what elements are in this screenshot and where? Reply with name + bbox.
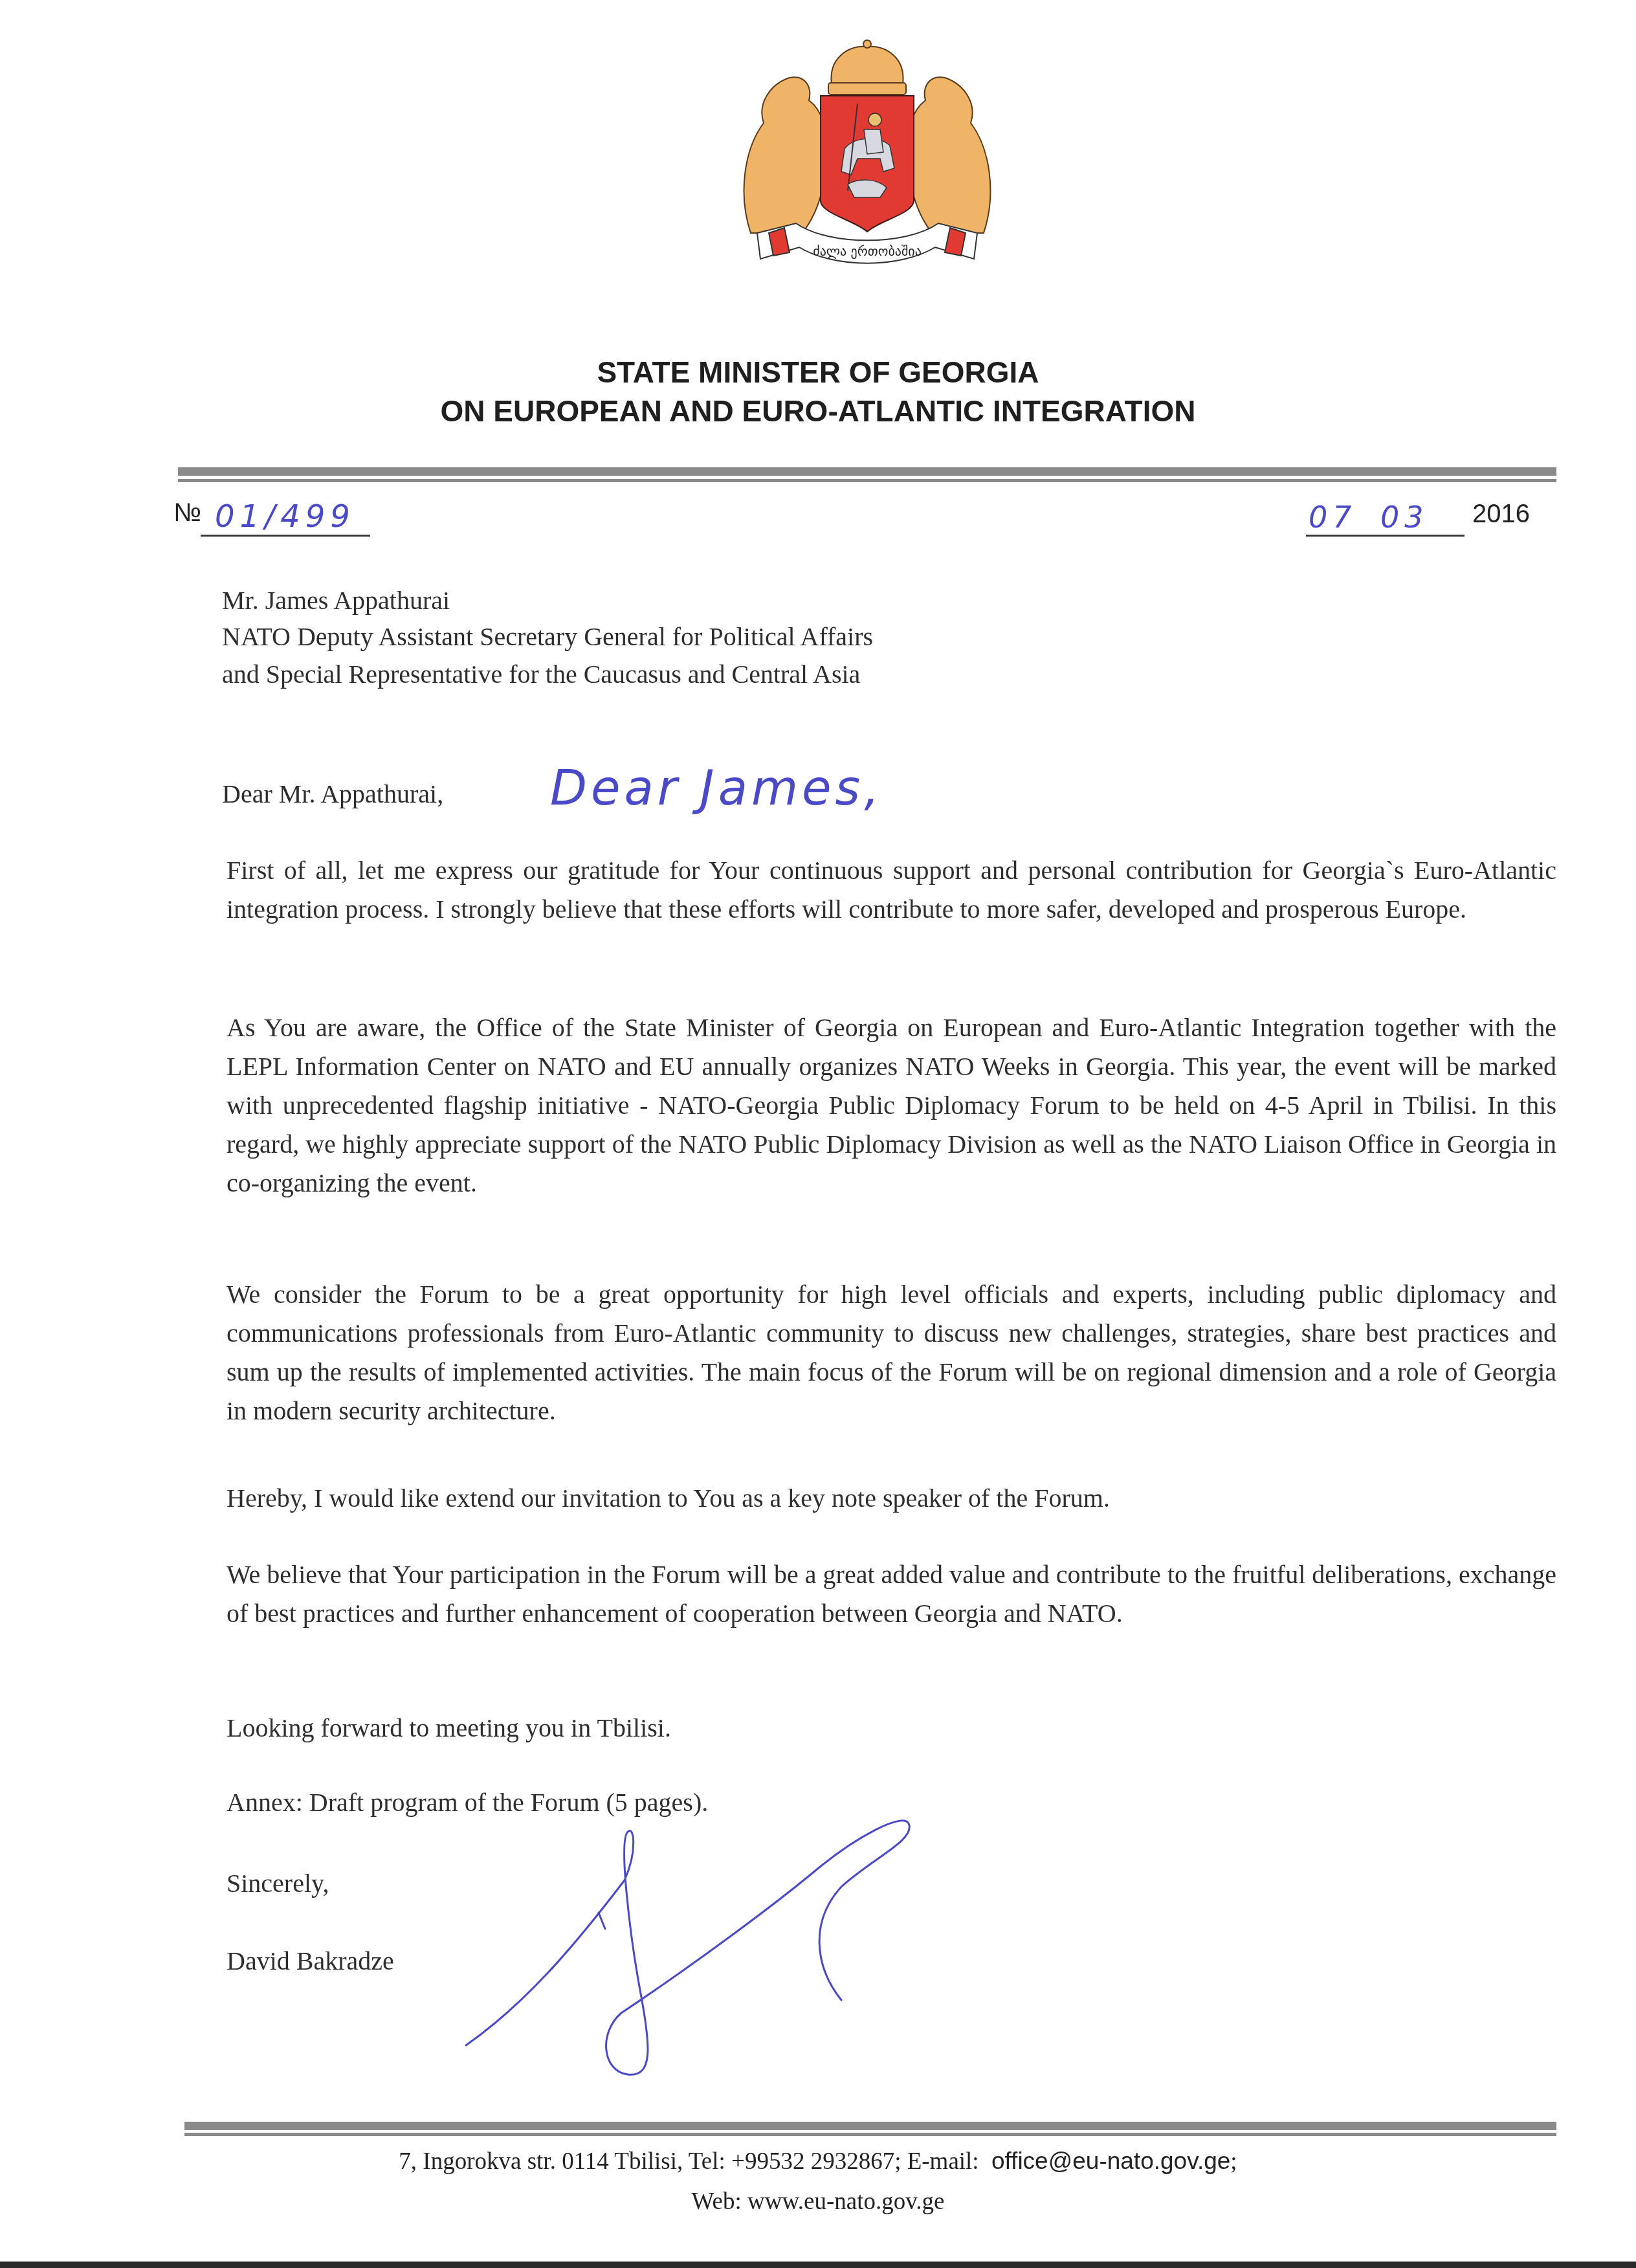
handwritten-date-day: 07	[1309, 500, 1357, 535]
footer-web-label: Web:	[692, 2188, 742, 2215]
date-year: 2016	[1472, 500, 1530, 529]
handwritten-reference-number: 01/499	[215, 498, 355, 535]
body-paragraph-2: As You are aware, the Office of the Stat…	[227, 1008, 1556, 1203]
body-paragraph-5: We believe that Your participation in th…	[227, 1555, 1556, 1633]
handwritten-date-month: 03	[1380, 500, 1429, 535]
lion-right-icon	[910, 77, 990, 233]
footer-email-link[interactable]: office@eu-nato.gov.ge	[991, 2148, 1230, 2174]
coat-of-arms-emblem: ძალა ერთობაშია	[725, 39, 1010, 272]
reference-number-field: 01/499	[201, 498, 370, 537]
motto-text: ძალა ერთობაშია	[813, 243, 922, 259]
footer-divider-thin	[184, 2133, 1556, 2136]
valediction: Sincerely,	[227, 1864, 329, 1903]
recipient-name: Mr. James Appathurai	[222, 581, 450, 620]
letterhead-title-line2: ON EUROPEAN AND EURO-ATLANTIC INTEGRATIO…	[0, 394, 1636, 428]
lion-left-icon	[744, 77, 824, 233]
header-divider-thick	[178, 467, 1556, 476]
letterhead-title-line1: STATE MINISTER OF GEORGIA	[0, 355, 1636, 390]
signature-icon	[453, 1812, 1035, 2084]
footer-web-line: Web: www.eu-nato.gov.ge	[0, 2188, 1636, 2216]
recipient-title-line1: NATO Deputy Assistant Secretary General …	[222, 617, 873, 656]
number-sign: №	[173, 498, 201, 527]
body-paragraph-4: Hereby, I would like extend our invitati…	[227, 1479, 1556, 1518]
shield-icon	[821, 96, 914, 232]
footer-divider-thick	[184, 2122, 1556, 2130]
reference-number: №	[173, 498, 201, 528]
footer-address: 7, Ingorokva str. 0114 Tbilisi, Tel: +99…	[399, 2148, 978, 2175]
date-field: 07 03	[1306, 498, 1465, 537]
body-paragraph-1: First of all, let me express our gratitu…	[227, 851, 1556, 929]
salutation-typed: Dear Mr. Appathurai,	[222, 775, 443, 814]
salutation-handwritten: Dear James,	[550, 761, 883, 816]
header-divider-thin	[178, 479, 1556, 482]
body-paragraph-6: Looking forward to meeting you in Tbilis…	[227, 1709, 1556, 1748]
scan-edge	[0, 2262, 1636, 2268]
footer-contact-line: 7, Ingorokva str. 0114 Tbilisi, Tel: +99…	[0, 2148, 1636, 2175]
body-paragraph-3: We consider the Forum to be a great oppo…	[227, 1275, 1556, 1430]
signatory-name: David Bakradze	[227, 1942, 394, 1981]
footer-web-link[interactable]: www.eu-nato.gov.ge	[747, 2188, 944, 2215]
recipient-title-line2: and Special Representative for the Cauca…	[222, 655, 860, 694]
footer-email-suffix: ;	[1230, 2148, 1237, 2175]
crown-icon	[828, 40, 906, 94]
